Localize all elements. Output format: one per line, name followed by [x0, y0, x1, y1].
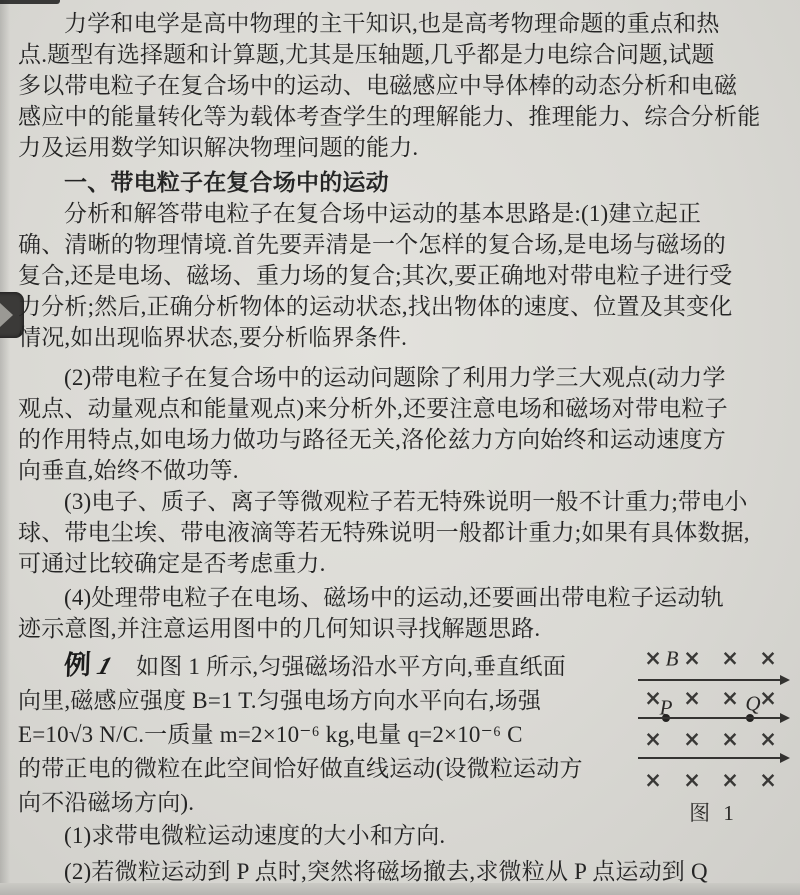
point2-paragraph: (2)带电粒子在复合场中的运动问题除了利用力学三大观点(动力学 观点、动量观点和…: [18, 362, 788, 486]
text-line: 力及运用数学知识解决物理问题的能力.: [18, 132, 788, 163]
text-line: 情况,如出现临界状态,要分析临界条件.: [18, 322, 788, 353]
text-line: 多以带电粒子在复合场中的运动、电磁感应中导体棒的动态分析和电磁: [18, 70, 788, 101]
field-into-page-cross-icon: ×: [683, 768, 701, 792]
example-marker: 例1: [64, 648, 136, 684]
text-line: (4)处理带电粒子在电场、磁场中的运动,还要画出带电粒子运动轨: [18, 582, 788, 613]
field-into-page-cross-icon: ×: [759, 768, 777, 792]
field-into-page-cross-icon: ×: [721, 686, 739, 710]
field-into-page-cross-icon: ×: [644, 646, 662, 670]
text-line: 力学和电学是高中物理的主干知识,也是高考物理命题的重点和热: [18, 8, 788, 39]
text-line: 确、清晰的物理情境.首先要弄清是一个怎样的复合场,是电场与磁场的: [18, 229, 788, 260]
text-line: 点.题型有选择题和计算题,尤其是压轴题,几乎都是力电综合问题,试题: [18, 39, 788, 70]
field-into-page-cross-icon: ×: [721, 646, 739, 670]
scan-edge-shadow: [0, 0, 10, 895]
basics-paragraph: 分析和解答带电粒子在复合场中运动的基本思路是:(1)建立起正 确、清晰的物理情境…: [18, 198, 788, 353]
scan-artifact-top: [0, 0, 60, 4]
text-line: 复合,还是电场、磁场、重力场的复合;其次,要正确地对带电粒子进行受: [18, 260, 788, 291]
field-into-page-cross-icon: ×: [644, 686, 662, 710]
field-into-page-cross-icon: ×: [759, 646, 777, 670]
figure-1-caption: 图 1: [636, 797, 791, 827]
electric-field-arrow-right-icon: [638, 717, 787, 719]
field-into-page-cross-icon: ×: [644, 727, 662, 751]
field-into-page-cross-icon: ×: [721, 727, 739, 751]
figure-1-canvas: B P Q 图 1 ××××××××××××××××: [636, 650, 798, 835]
electric-field-arrow-right-icon: [638, 679, 787, 681]
point4-paragraph: (4)处理带电粒子在电场、磁场中的运动,还要画出带电粒子运动轨 迹示意图,并注意…: [18, 582, 788, 644]
scan-artifact-bottom: [0, 883, 800, 895]
field-into-page-cross-icon: ×: [683, 646, 701, 670]
text-line: 迹示意图,并注意运用图中的几何知识寻找解题思路.: [18, 613, 788, 644]
field-into-page-cross-icon: ×: [644, 768, 662, 792]
example-text: 如图 1 所示,匀强磁场沿水平方向,垂直纸面: [136, 654, 566, 679]
field-into-page-cross-icon: ×: [683, 686, 701, 710]
electric-field-arrow-right-icon: [638, 757, 787, 759]
example-marker-char: 例: [63, 648, 91, 683]
example-marker-number: 1: [93, 650, 117, 684]
text-line: (3)电子、质子、离子等微观粒子若无特殊说明一般不计重力;带电小: [18, 486, 788, 517]
text-line: 球、带电尘埃、带电液滴等若无特殊说明一般都计重力;如果有具体数据,: [18, 517, 788, 548]
scanned-textbook-page: 力学和电学是高中物理的主干知识,也是高考物理命题的重点和热 点.题型有选择题和计…: [0, 0, 800, 895]
field-into-page-cross-icon: ×: [759, 686, 777, 710]
field-into-page-cross-icon: ×: [721, 768, 739, 792]
magnetic-field-label-B: B: [666, 647, 679, 672]
text-line: 力分析;然后,正确分析物体的运动状态,找出物体的速度、位置及其变化: [18, 291, 788, 322]
text-line: 的作用特点,如电场力做功与路径无关,洛伦兹力方向始终和运动速度方: [18, 424, 788, 455]
text-line: 感应中的能量转化等为载体考查学生的理解能力、推理能力、综合分析能: [18, 101, 788, 132]
section-heading: 一、带电粒子在复合场中的运动: [18, 167, 788, 198]
text-line: (2)带电粒子在复合场中的运动问题除了利用力学三大观点(动力学: [18, 362, 788, 393]
text-line: 分析和解答带电粒子在复合场中运动的基本思路是:(1)建立起正: [18, 198, 788, 229]
text-line: 向垂直,始终不做功等.: [18, 455, 788, 486]
field-into-page-cross-icon: ×: [759, 727, 777, 751]
intro-paragraph: 力学和电学是高中物理的主干知识,也是高考物理命题的重点和热 点.题型有选择题和计…: [18, 8, 788, 163]
text-line: 可通过比较确定是否考虑重力.: [18, 548, 788, 579]
text-line: 观点、动量观点和能量观点)来分析外,还要注意电场和磁场对带电粒子: [18, 393, 788, 424]
point3-paragraph: (3)电子、质子、离子等微观粒子若无特殊说明一般不计重力;带电小 球、带电尘埃、…: [18, 486, 788, 579]
field-into-page-cross-icon: ×: [683, 727, 701, 751]
